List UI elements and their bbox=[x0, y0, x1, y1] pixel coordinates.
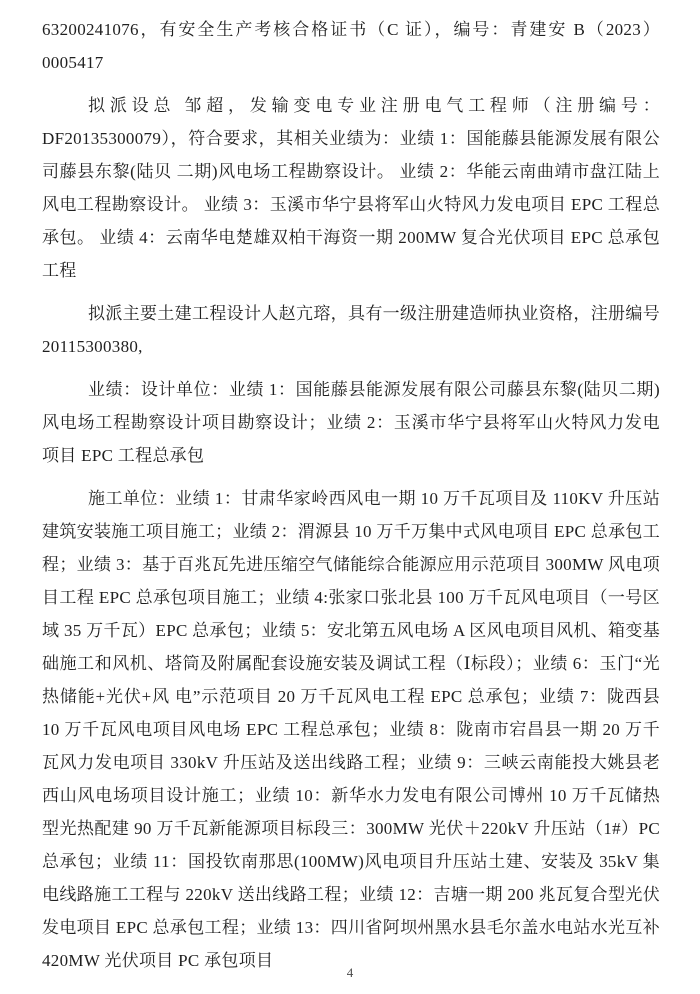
paragraph: 施工单位：业绩 1：甘肃华家岭西风电一期 10 万千瓦项目及 110KV 升压站… bbox=[42, 482, 660, 977]
document-body: 63200241076，有安全生产考核合格证书（C 证），编号：青建安 B（20… bbox=[0, 0, 700, 977]
paragraph: 业绩：设计单位：业绩 1：国能藤县能源发展有限公司藤县东黎(陆贝二期)风电场工程… bbox=[42, 373, 660, 472]
paragraph: 拟派主要土建工程设计人赵亢瑢，具有一级注册建造师执业资格，注册编号 201153… bbox=[42, 297, 660, 363]
page-footer: 4 bbox=[0, 965, 700, 981]
document-page: 63200241076，有安全生产考核合格证书（C 证），编号：青建安 B（20… bbox=[0, 0, 700, 994]
paragraph: 63200241076，有安全生产考核合格证书（C 证），编号：青建安 B（20… bbox=[42, 13, 660, 79]
page-number: 4 bbox=[347, 965, 354, 980]
paragraph: 拟派设总 邹超，发输变电专业注册电气工程师（注册编号：DF20135300079… bbox=[42, 89, 660, 287]
